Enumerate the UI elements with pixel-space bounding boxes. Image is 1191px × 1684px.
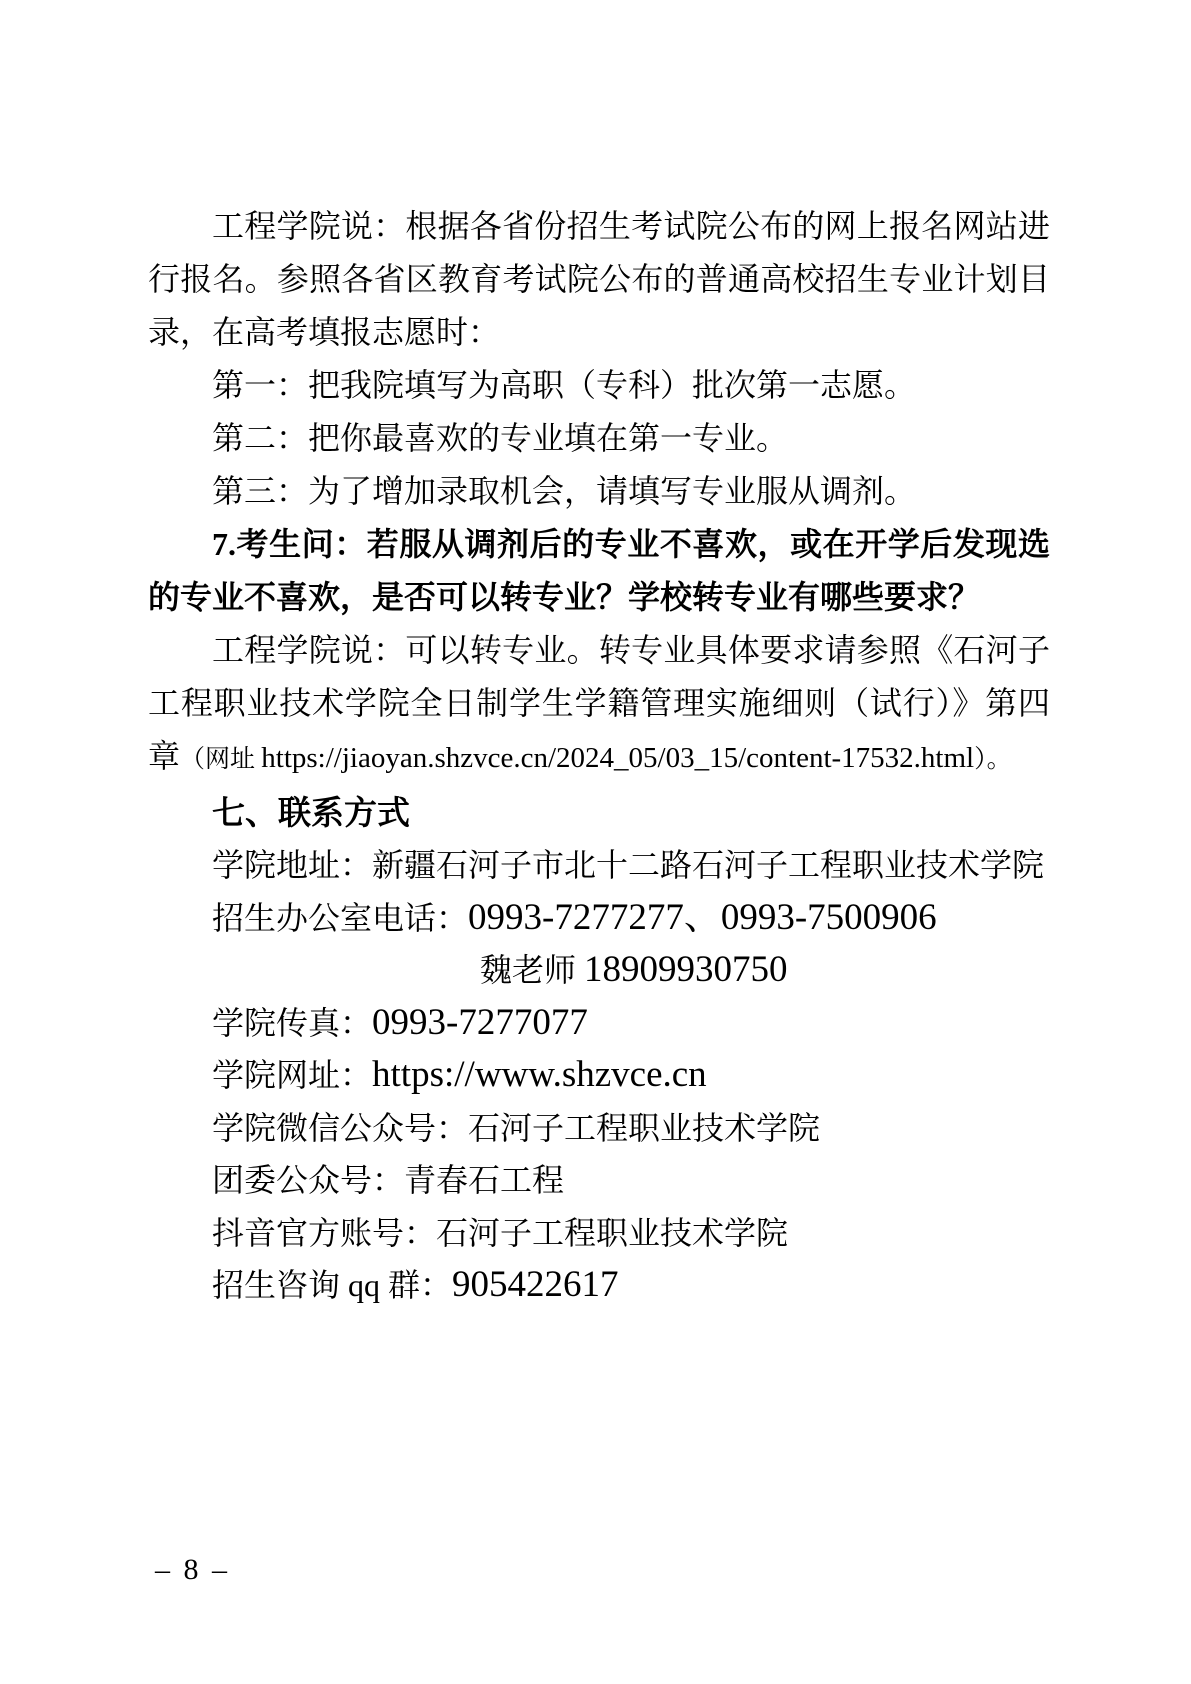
contact-address-line: 学院地址：新疆石河子市北十二路石河子工程职业技术学院 [148,839,1050,892]
contact-youth-league-value: 青春石工程 [404,1162,564,1198]
contact-fax-label: 学院传真： [212,1005,372,1041]
paragraph-question-7: 7.考生问：若服从调剂后的专业不喜欢，或在开学后发现选的专业不喜欢，是否可以转专… [148,518,1050,624]
list-item-second-choice: 第二：把你最喜欢的专业填在第一专业。 [148,412,1050,465]
contact-website-label: 学院网址： [212,1057,372,1093]
answer-7-note-suffix: ）。 [974,746,1012,773]
contact-youth-league-line: 团委公众号：青春石工程 [148,1154,1050,1207]
contact-website-line: 学院网址：https://www.shzvce.cn [148,1049,1050,1102]
contact-phone-line: 招生办公室电话：0993-7277277、0993-7500906 [148,892,1050,945]
contact-address-value: 新疆石河子市北十二路石河子工程职业技术学院 [372,847,1044,883]
contact-douyin-label: 抖音官方账号： [212,1215,436,1251]
contact-qq-label: 招生咨询 qq 群： [212,1267,452,1303]
contact-teacher-line: 魏老师 18909930750 [148,944,1050,997]
document-body: 工程学院说：根据各省份招生考试院公布的网上报名网站进行报名。参照各省区教育考试院… [148,200,1050,1312]
contact-phone-label: 招生办公室电话： [212,900,468,936]
list-item-first-choice: 第一：把我院填写为高职（专科）批次第一志愿。 [148,359,1050,412]
document-page: 工程学院说：根据各省份招生考试院公布的网上报名网站进行报名。参照各省区教育考试院… [0,0,1191,1684]
paragraph-answer-7: 工程学院说：可以转专业。转专业具体要求请参照《石河子工程职业技术学院全日制学生学… [148,624,1050,786]
answer-7-note-prefix: （网址 [180,746,261,773]
contact-douyin-value: 石河子工程职业技术学院 [436,1215,788,1251]
contact-qq-value: 905422617 [452,1264,619,1305]
contact-douyin-line: 抖音官方账号：石河子工程职业技术学院 [148,1207,1050,1260]
contact-address-label: 学院地址： [212,847,372,883]
page-number: – 8 – [155,1553,230,1587]
contact-teacher-label: 魏老师 [480,952,584,988]
contact-fax-value: 0993-7277077 [372,1002,588,1043]
contact-phone-value: 0993-7277277、0993-7500906 [468,897,937,938]
contact-wechat-value: 石河子工程职业技术学院 [468,1110,820,1146]
list-item-third-choice: 第三：为了增加录取机会，请填写专业服从调剂。 [148,465,1050,518]
contact-wechat-line: 学院微信公众号：石河子工程职业技术学院 [148,1102,1050,1155]
answer-7-url: https://jiaoyan.shzvce.cn/2024_05/03_15/… [261,742,974,774]
contact-section-heading: 七、联系方式 [148,786,1050,839]
contact-website-value: https://www.shzvce.cn [372,1054,707,1095]
contact-youth-league-label: 团委公众号： [212,1162,404,1198]
contact-teacher-phone-value: 18909930750 [584,949,788,990]
contact-fax-line: 学院传真：0993-7277077 [148,997,1050,1050]
contact-wechat-label: 学院微信公众号： [212,1110,468,1146]
paragraph-signup-instructions: 工程学院说：根据各省份招生考试院公布的网上报名网站进行报名。参照各省区教育考试院… [148,200,1050,359]
contact-qq-line: 招生咨询 qq 群：905422617 [148,1259,1050,1312]
